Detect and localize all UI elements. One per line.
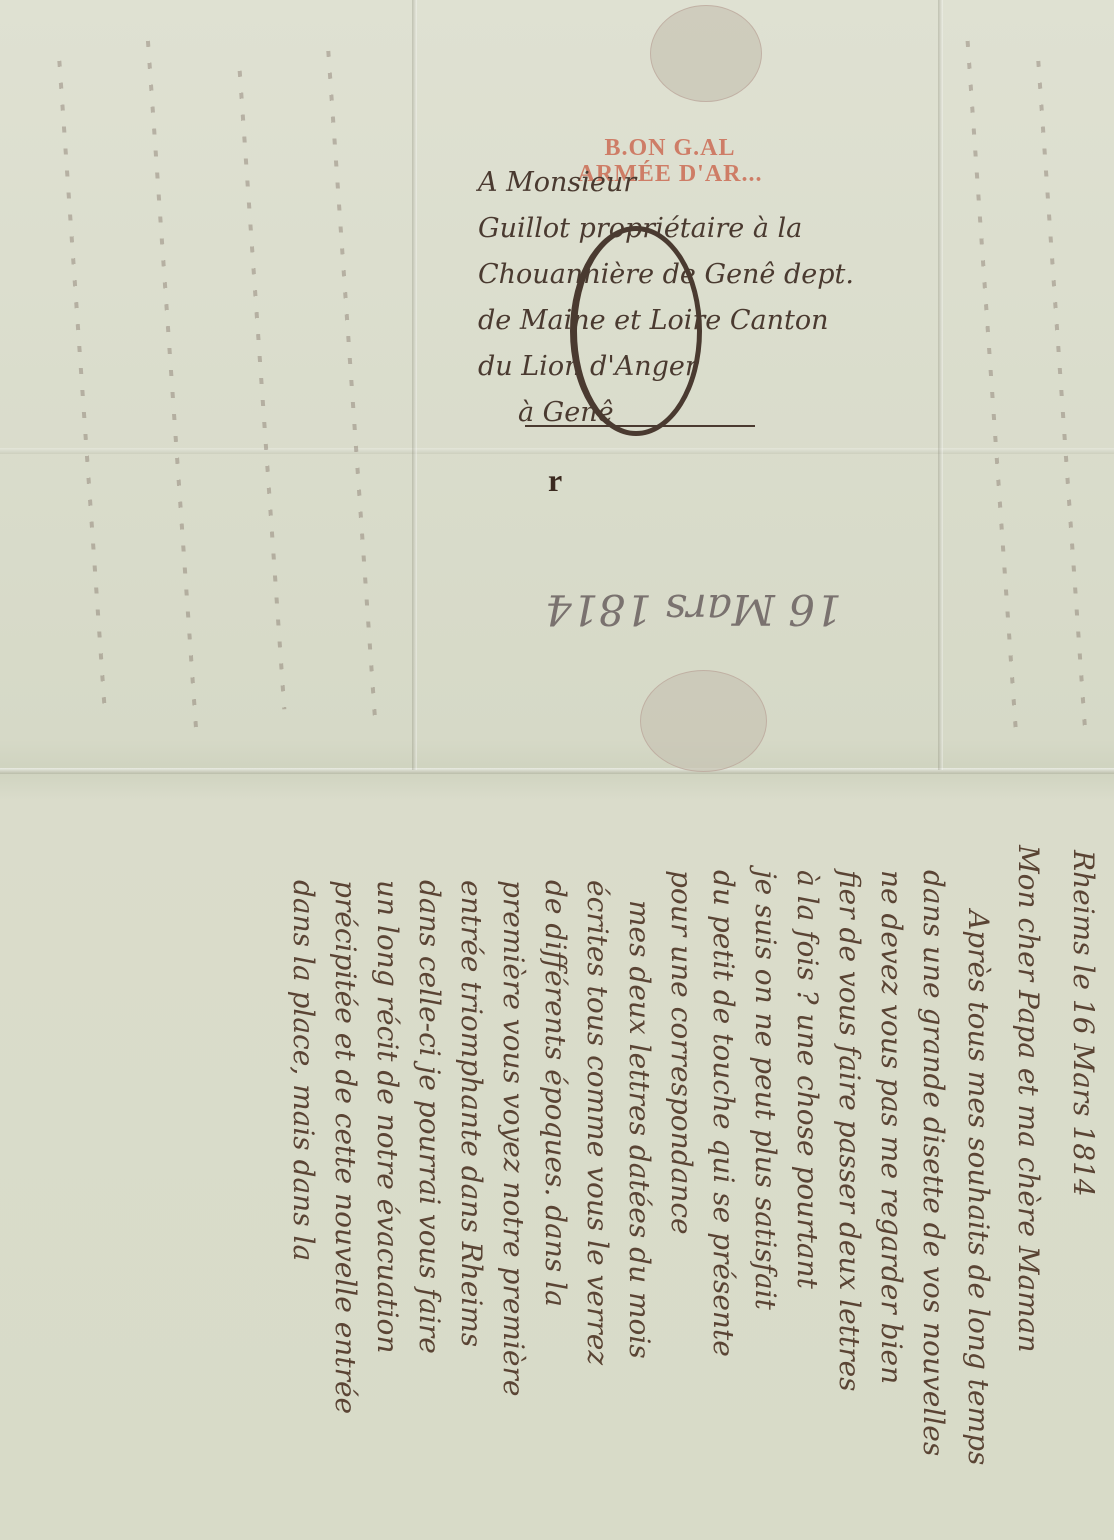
address-line: à Genê (478, 390, 938, 436)
address-line: Guillot propriétaire à la (478, 206, 938, 252)
wax-seal-remnant (650, 5, 762, 102)
letter-line: mes deux lettres datées du mois (623, 900, 656, 1359)
wax-seal-remnant (640, 670, 767, 772)
address-line: Chouannière de Genê dept. (478, 252, 938, 298)
horizontal-fold (0, 768, 1114, 774)
letter-line: je suis on ne peut plus satisfait (749, 870, 782, 1310)
salutation: Mon cher Papa et ma chère Maman (1012, 845, 1045, 1352)
letter-line: ne devez vous pas me regarder bien (875, 870, 908, 1384)
letter-line: dans une grande disette de vos nouvelles (917, 870, 950, 1456)
place-date: Rheims le 16 Mars 1814 (1067, 850, 1100, 1197)
letter-line: dans celle-ci je pourrai vous faire (413, 880, 446, 1354)
letter-line: à la fois ? une chose pourtant (791, 870, 824, 1289)
horizontal-fold (0, 448, 1114, 454)
vertical-fold-left (412, 0, 417, 770)
manuscript-mark: r (548, 462, 562, 499)
letter-line: pour une correspondance (665, 870, 698, 1235)
letter-line: du petit de touche qui se présente (707, 870, 740, 1357)
letter-line: dans la place, mais dans la (287, 880, 320, 1261)
vertical-fold-right (938, 0, 943, 770)
letter-line: fier de vous faire passer deux lettres (833, 870, 866, 1392)
letter-line: écrites tous comme vous le verrez (581, 880, 614, 1365)
address-line: du Lion d'Anger (478, 344, 938, 390)
letter-line: de différents époques. dans la (539, 880, 572, 1307)
letter-sheet: B.ON G.AL ARMÉE D'AR... A Monsieur Guill… (0, 0, 1114, 1540)
address-block: A Monsieur Guillot propriétaire à la Cho… (478, 160, 938, 436)
letter-line: précipitée et de cette nouvelle entrée (329, 880, 362, 1414)
docket-date: 16 Mars 1814 (545, 585, 842, 634)
letter-line: Après tous mes souhaits de long temps (962, 910, 995, 1465)
address-line: de Maine et Loire Canton (478, 298, 938, 344)
letter-line: première vous voyez notre première (497, 880, 530, 1396)
address-underline (525, 425, 755, 427)
letter-line: un long récit de notre évacuation (371, 880, 404, 1353)
address-line: A Monsieur (478, 160, 938, 206)
letter-line: entrée triomphante dans Rheims (455, 880, 488, 1347)
letter-body: Rheims le 16 Mars 1814 Mon cher Papa et … (60, 810, 1110, 1540)
